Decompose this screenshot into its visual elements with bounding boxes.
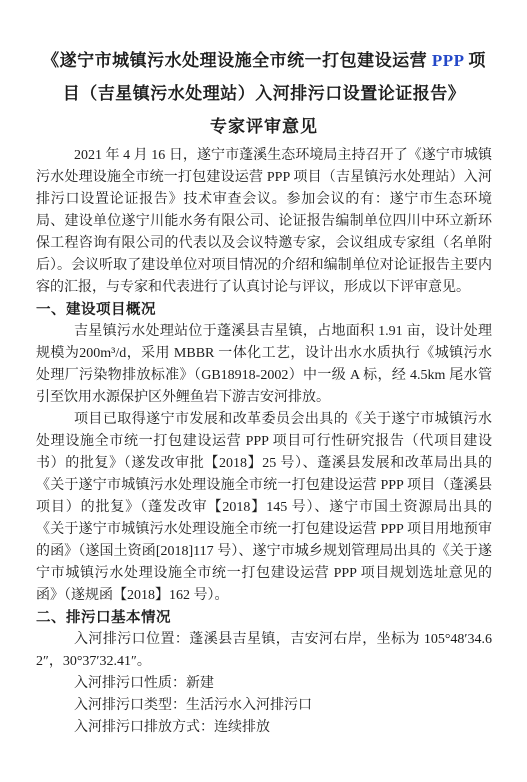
document-title: 《遂宁市城镇污水处理设施全市统一打包建设运营 PPP 项目（吉星镇污水处理站）入…: [36, 44, 492, 110]
paragraph: 2021 年 4 月 16 日，遂宁市蓬溪生态环境局主持召开了《遂宁市城镇污水处…: [36, 145, 492, 299]
title-text: 《遂宁市城镇污水处理设施全市统一打包建设运营: [42, 51, 432, 70]
paragraph: 吉星镇污水处理站位于蓬溪县吉星镇，占地面积 1.91 亩，设计处理规模为200m…: [36, 321, 492, 409]
paragraph: 入河排污口位置：蓬溪县吉星镇，吉安河右岸，坐标为 105°48′34.62″，3…: [36, 629, 492, 673]
paragraph: 入河排污口类型：生活污水入河排污口: [36, 695, 492, 717]
title-text: 目（吉星镇污水处理站）入河排污口设置论证报告》: [63, 84, 466, 103]
document-subtitle: 专家评审意见: [36, 110, 492, 143]
section-heading: 一、建设项目概况: [36, 299, 492, 321]
section-heading: 二、排污口基本情况: [36, 607, 492, 629]
paragraph: 项目已取得遂宁市发展和改革委员会出具的《关于遂宁市城镇污水处理设施全市统一打包建…: [36, 409, 492, 607]
accent-text: PPP: [432, 51, 464, 70]
document-page: 《遂宁市城镇污水处理设施全市统一打包建设运营 PPP 项目（吉星镇污水处理站）入…: [0, 0, 527, 782]
document-body: 2021 年 4 月 16 日，遂宁市蓬溪生态环境局主持召开了《遂宁市城镇污水处…: [36, 145, 492, 739]
title-text: 项: [464, 51, 486, 70]
paragraph: 入河排污口排放方式：连续排放: [36, 717, 492, 739]
document-title-line: 目（吉星镇污水处理站）入河排污口设置论证报告》: [36, 77, 492, 110]
document-title-line: 《遂宁市城镇污水处理设施全市统一打包建设运营 PPP 项: [36, 44, 492, 77]
paragraph: 入河排污口性质：新建: [36, 673, 492, 695]
